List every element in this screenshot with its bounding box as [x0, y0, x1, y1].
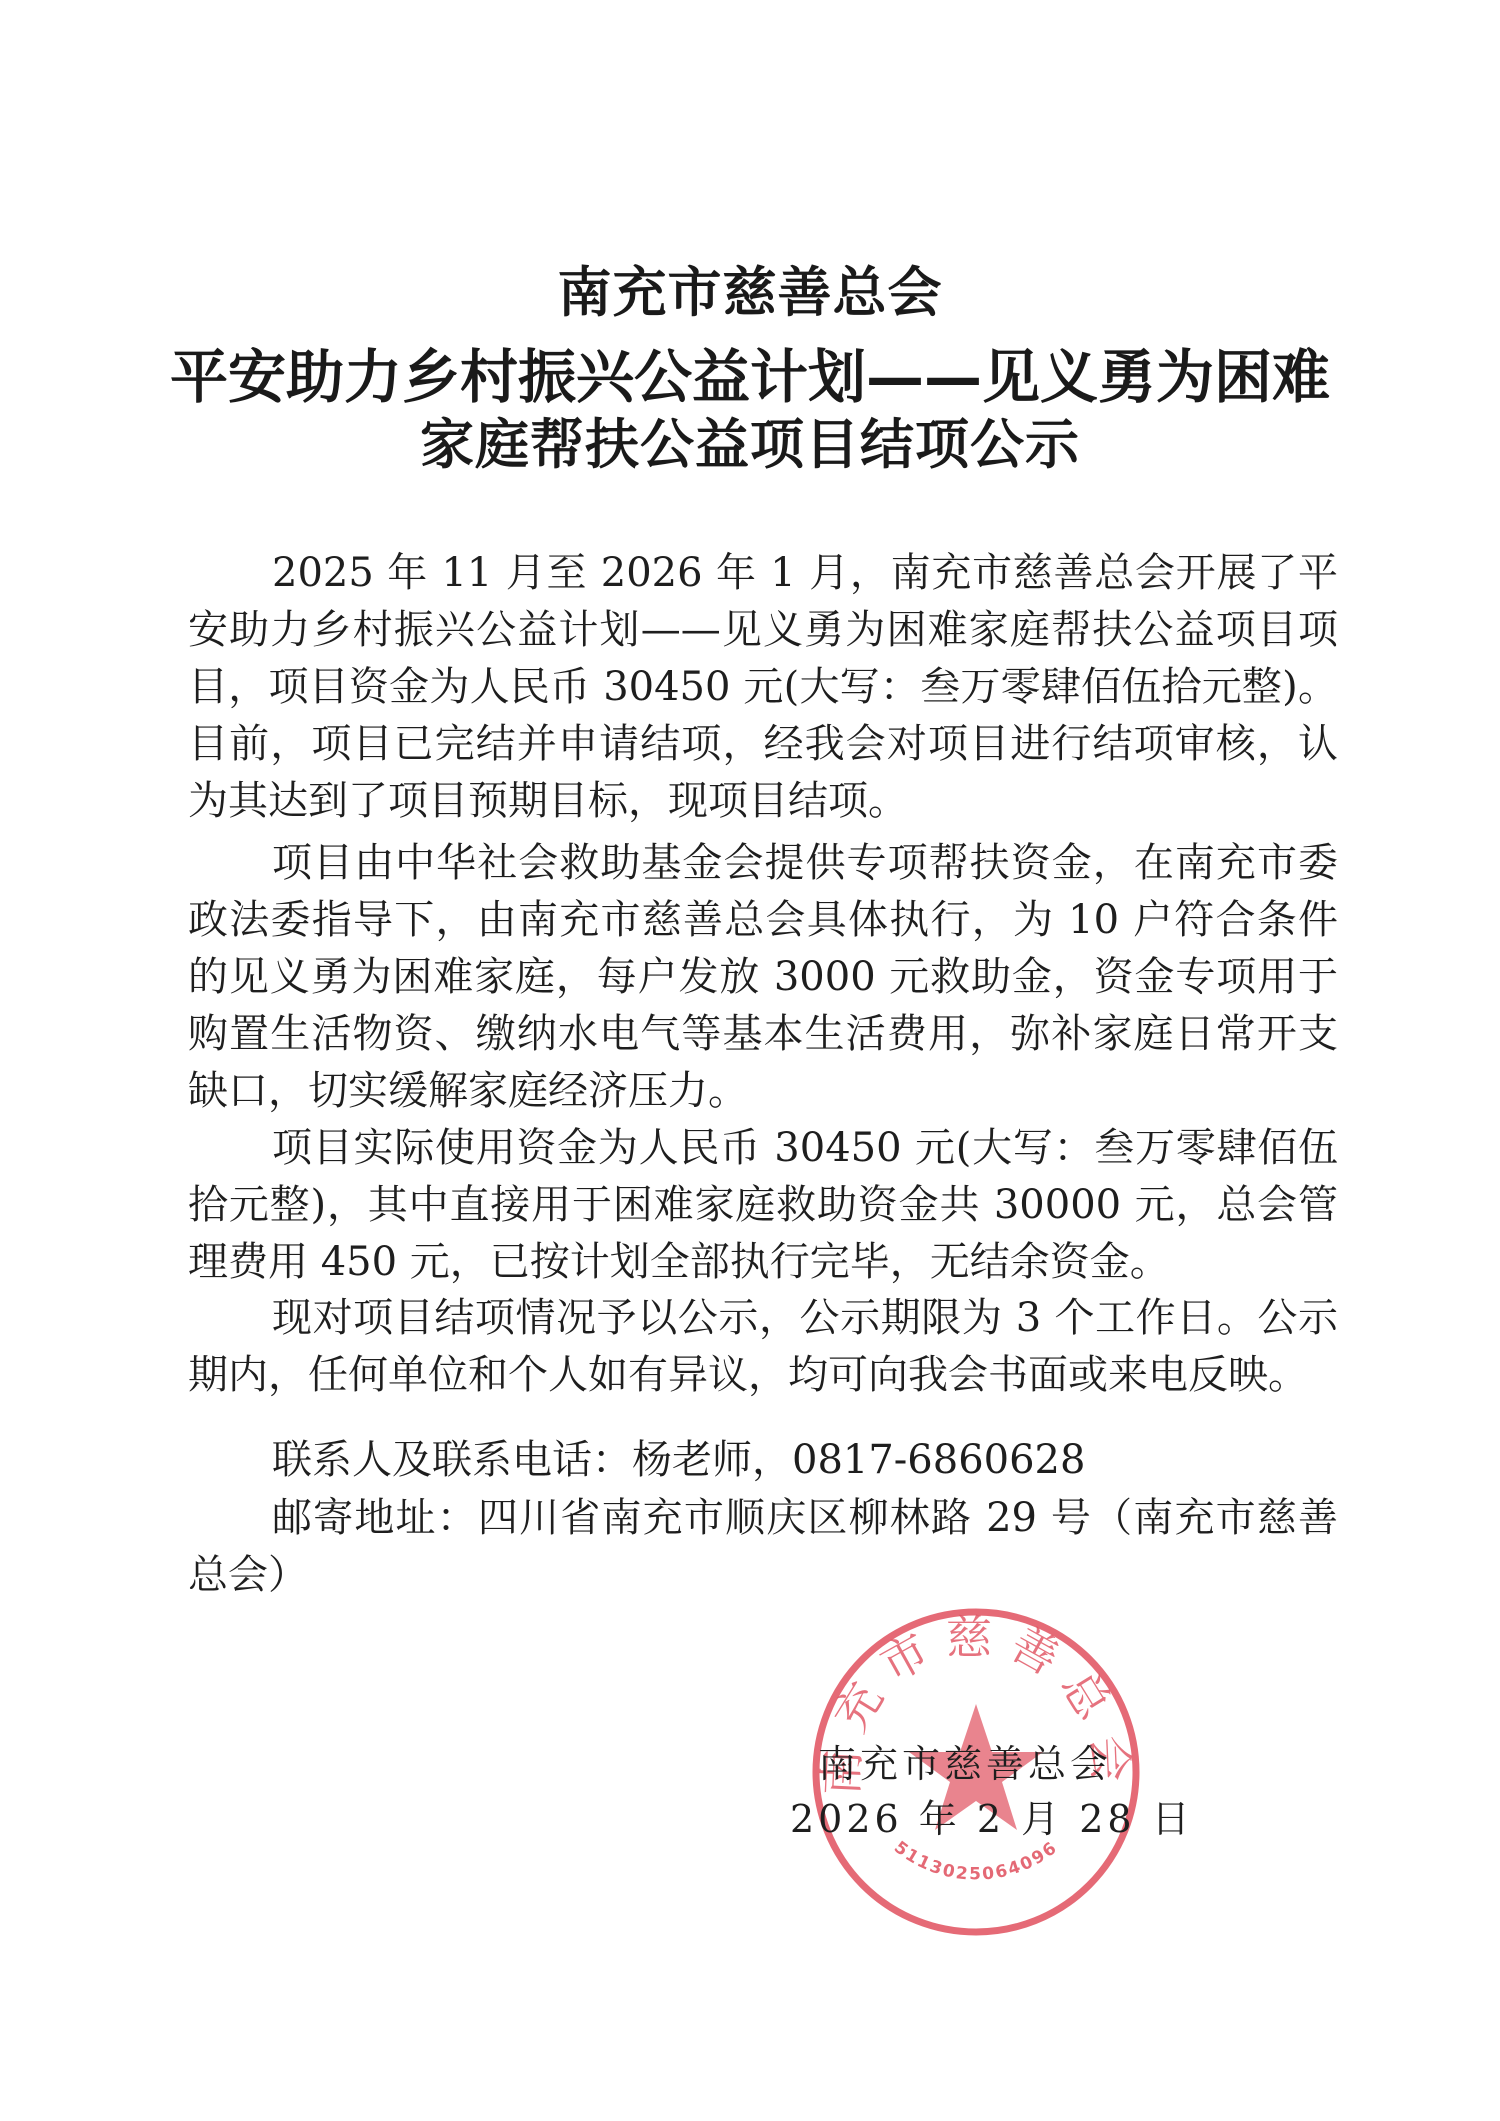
paragraph-expenditure: 项目实际使用资金为人民币 30450 元(大写：叁万零肆佰伍拾元整)，其中直接用… [188, 1120, 1338, 1291]
paragraph-funding: 项目由中华社会救助基金会提供专项帮扶资金，在南充市委政法委指导下，由南充市慈善总… [188, 835, 1338, 1120]
title-organization: 南充市慈善总会 [0, 250, 1500, 327]
paragraph-text: 现对项目结项情况予以公示，公示期限为 3 个工作日。公示期内，任何单位和个人如有… [188, 1290, 1338, 1404]
paragraph-overview: 2025 年 11 月至 2026 年 1 月，南充市慈善总会开展了平安助力乡村… [188, 545, 1338, 830]
paragraph-text: 项目由中华社会救助基金会提供专项帮扶资金，在南充市委政法委指导下，由南充市慈善总… [188, 835, 1338, 1120]
signature-date: 2026 年 2 月 28 日 [790, 1788, 1194, 1843]
signature-organization: 南充市慈善总会 [818, 1733, 1112, 1788]
contact-line: 联系人及联系电话：杨老师，0817-6860628 [188, 1432, 1338, 1489]
contact-info: 联系人及联系电话：杨老师，0817-6860628 [188, 1432, 1338, 1489]
title-project-line-2: 家庭帮扶公益项目结项公示 [0, 402, 1500, 479]
paragraph-text: 2025 年 11 月至 2026 年 1 月，南充市慈善总会开展了平安助力乡村… [188, 545, 1338, 830]
svg-text:5113025064096: 5113025064096 [890, 1837, 1062, 1884]
document-page: 南充市慈善总会 平安助力乡村振兴公益计划——见义勇为困难 家庭帮扶公益项目结项公… [0, 0, 1500, 2121]
paragraph-text: 项目实际使用资金为人民币 30450 元(大写：叁万零肆佰伍拾元整)，其中直接用… [188, 1120, 1338, 1291]
paragraph-publicity: 现对项目结项情况予以公示，公示期限为 3 个工作日。公示期内，任何单位和个人如有… [188, 1290, 1338, 1404]
mailing-address: 邮寄地址：四川省南充市顺庆区柳林路 29 号（南充市慈善总会） [188, 1490, 1338, 1604]
address-line: 邮寄地址：四川省南充市顺庆区柳林路 29 号（南充市慈善总会） [188, 1490, 1338, 1604]
